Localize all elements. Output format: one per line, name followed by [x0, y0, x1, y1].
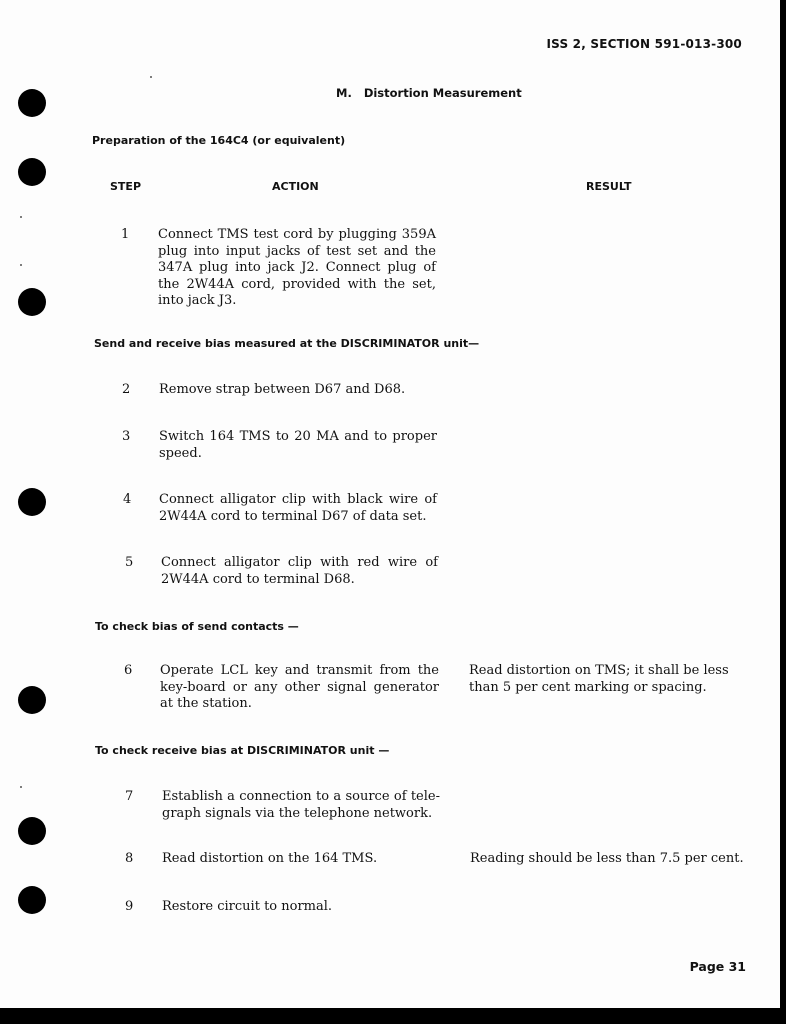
step-action: Operate LCL key and transmit from the ke… [160, 663, 439, 713]
binder-hole [18, 288, 46, 316]
speck [20, 786, 22, 788]
step-action: Connect alligator clip with black wire o… [159, 492, 437, 525]
step-action: Restore circuit to normal. [162, 899, 444, 916]
binder-hole [18, 886, 46, 914]
step-action: Connect TMS test cord by plugging 359A p… [158, 227, 436, 310]
step-number: 8 [125, 851, 145, 868]
document-page: ISS 2, SECTION 591-013-300 M. Distortion… [0, 0, 780, 1008]
step-result: Reading should be less than 7.5 per cent… [470, 851, 755, 868]
page-number: Page 31 [690, 959, 746, 974]
step-number: 6 [124, 663, 144, 680]
step-number: 3 [122, 429, 142, 446]
binder-hole [18, 817, 46, 845]
binder-hole [18, 158, 46, 186]
section-reference: ISS 2, SECTION 591-013-300 [546, 37, 742, 51]
step-action: Remove strap between D67 and D68. [159, 382, 441, 399]
step-action: Connect alligator clip with red wire of … [161, 555, 438, 588]
column-header-action: ACTION [272, 180, 319, 193]
speck [20, 216, 22, 218]
subsection-heading: To check receive bias at DISCRIMINATOR u… [95, 744, 389, 757]
binder-hole [18, 686, 46, 714]
subsection-heading: To check bias of send contacts — [95, 620, 299, 633]
step-action: Read distortion on the 164 TMS. [162, 851, 444, 868]
subsection-heading: Send and receive bias measured at the DI… [94, 337, 479, 350]
binder-hole [18, 89, 46, 117]
step-number: 9 [125, 899, 145, 916]
step-action: Switch 164 TMS to 20 MA and to proper sp… [159, 429, 437, 462]
step-number: 1 [121, 227, 141, 244]
speck [20, 264, 22, 266]
page-title: M. Distortion Measurement [336, 86, 522, 100]
column-header-result: RESULT [586, 180, 632, 193]
step-number: 4 [123, 492, 143, 509]
step-action: Establish a connection to a source of te… [162, 789, 440, 822]
step-number: 5 [125, 555, 145, 572]
speck [150, 76, 152, 78]
column-header-step: STEP [110, 180, 141, 193]
step-number: 2 [122, 382, 142, 399]
step-result: Read distortion on TMS; it shall be less… [469, 663, 754, 696]
preparation-heading: Preparation of the 164C4 (or equivalent) [92, 134, 345, 147]
step-number: 7 [125, 789, 145, 806]
binder-hole [18, 488, 46, 516]
